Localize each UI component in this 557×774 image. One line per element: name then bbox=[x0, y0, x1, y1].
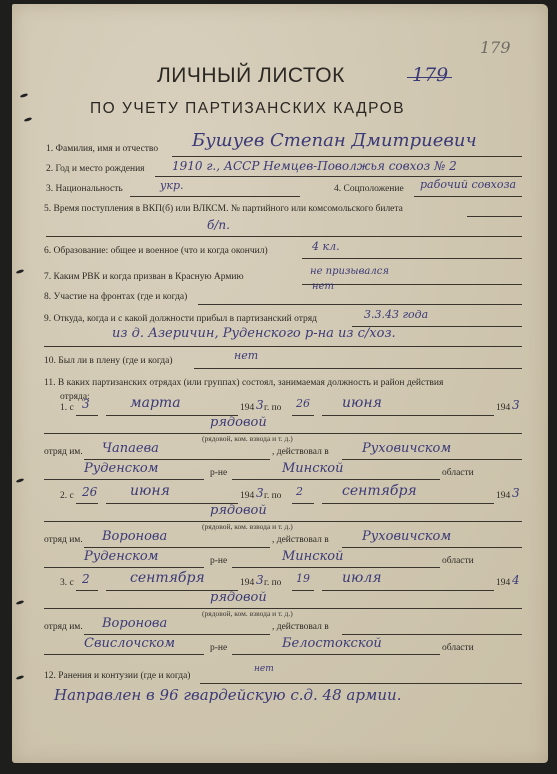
field-2-label: 2. Год и место рождения bbox=[46, 164, 145, 174]
otryad-name[interactable]: Чапаева bbox=[102, 441, 159, 456]
oblast[interactable]: Минской bbox=[282, 461, 344, 476]
field-line bbox=[467, 216, 522, 217]
field-7-value[interactable]: не призывался bbox=[310, 266, 389, 277]
field-5-label: 5. Время поступления в ВКП(б) или ВЛКСМ.… bbox=[44, 204, 403, 214]
from-year-prefix: 194 bbox=[240, 491, 254, 501]
otryad-label: отряд им. bbox=[44, 535, 83, 545]
rayon[interactable]: Руденском bbox=[84, 461, 158, 476]
to-year-digit[interactable]: 3 bbox=[512, 398, 520, 412]
field-line bbox=[46, 236, 522, 237]
from-year-digit[interactable]: 3 bbox=[256, 486, 264, 500]
from-day[interactable]: 2 bbox=[82, 572, 90, 586]
field-9-label: 9. Откуда, когда и с какой должности при… bbox=[44, 314, 317, 324]
from-year-prefix: 194 bbox=[240, 403, 254, 413]
field-10-label: 10. Был ли в плену (где и когда) bbox=[44, 356, 173, 366]
otryad-name[interactable]: Воронова bbox=[102, 529, 167, 544]
field-10-value[interactable]: нет bbox=[234, 349, 258, 362]
otryad-label: отряд им. bbox=[44, 447, 83, 457]
field-line bbox=[194, 368, 522, 369]
binding-mark bbox=[16, 478, 25, 483]
field-9-value-2[interactable]: из д. Азеричин, Руденского р-на из с/хоз… bbox=[112, 326, 396, 341]
to-year-prefix: 194 bbox=[496, 491, 510, 501]
position[interactable]: рядовой bbox=[210, 415, 267, 430]
to-day[interactable]: 19 bbox=[296, 572, 310, 585]
field-line bbox=[302, 258, 522, 259]
from-day[interactable]: 3 bbox=[82, 397, 90, 411]
binding-mark bbox=[16, 600, 25, 605]
district[interactable]: Руховичском bbox=[362, 529, 451, 544]
from-month[interactable]: сентября bbox=[130, 570, 205, 586]
field-line bbox=[200, 683, 522, 684]
document-page: 179 ЛИЧНЫЙ ЛИСТОК 179 ПО УЧЕТУ ПАРТИЗАНС… bbox=[12, 4, 548, 763]
g-po-label: г. по bbox=[264, 578, 281, 588]
field-1-value[interactable]: Бушуев Степан Дмитриевич bbox=[192, 130, 477, 151]
position-hint: (рядовой, ком. взвода и т. д.) bbox=[202, 609, 293, 618]
to-month[interactable]: сентября bbox=[342, 483, 417, 499]
field-1-label: 1. Фамилия, имя и отчество bbox=[46, 144, 158, 154]
field-11-label: 11. В каких партизанских отрядах (или гр… bbox=[44, 378, 443, 388]
field-12-value[interactable]: нет bbox=[254, 664, 274, 674]
from-year-prefix: 194 bbox=[240, 578, 254, 588]
field-8-value[interactable]: нет bbox=[312, 281, 334, 292]
oblast[interactable]: Минской bbox=[282, 549, 344, 564]
position[interactable]: рядовой bbox=[210, 503, 267, 518]
field-line bbox=[155, 176, 522, 177]
position-hint: (рядовой, ком. взвода и т. д.) bbox=[202, 522, 293, 531]
to-month[interactable]: июня bbox=[342, 395, 382, 411]
field-12-label: 12. Ранения и контузии (где и когда) bbox=[44, 671, 190, 681]
from-day[interactable]: 26 bbox=[82, 485, 97, 499]
field-7-label: 7. Каким РВК и когда призван в Красную А… bbox=[44, 272, 244, 282]
field-4-label: 4. Соцположение bbox=[334, 184, 404, 194]
rne-label: р-не bbox=[210, 556, 227, 566]
from-month[interactable]: июня bbox=[130, 483, 170, 499]
field-4-value[interactable]: рабочий совхоза bbox=[420, 178, 516, 191]
deystvoval-label: , действовал в bbox=[272, 535, 329, 545]
oblasti-label: области bbox=[442, 643, 474, 653]
rne-label: р-не bbox=[210, 643, 227, 653]
field-9-value-1[interactable]: 3.3.43 года bbox=[364, 308, 428, 321]
oblasti-label: области bbox=[442, 556, 474, 566]
from-year-digit[interactable]: 3 bbox=[256, 398, 264, 412]
document-title: ЛИЧНЫЙ ЛИСТОК bbox=[157, 64, 345, 88]
field-line bbox=[44, 346, 522, 347]
binding-mark bbox=[16, 269, 25, 274]
binding-mark bbox=[20, 93, 29, 98]
to-month[interactable]: июля bbox=[342, 570, 382, 586]
otryad-name[interactable]: Воронова bbox=[102, 616, 167, 631]
to-day[interactable]: 2 bbox=[296, 485, 303, 498]
field-3-value[interactable]: укр. bbox=[160, 179, 184, 192]
document-subtitle: ПО УЧЕТУ ПАРТИЗАНСКИХ КАДРОВ bbox=[90, 100, 405, 118]
g-po-label: г. по bbox=[264, 403, 281, 413]
to-year-digit[interactable]: 3 bbox=[512, 486, 520, 500]
field-8-label: 8. Участие на фронтах (где и когда) bbox=[44, 292, 187, 302]
deystvoval-label: , действовал в bbox=[272, 622, 329, 632]
handwritten-note[interactable]: Направлен в 96 гвардейскую с.д. 48 армии… bbox=[54, 686, 401, 704]
title-number: 179 bbox=[412, 64, 448, 86]
archive-number: 179 bbox=[480, 38, 511, 57]
field-line bbox=[172, 156, 522, 157]
field-3-label: 3. Национальность bbox=[46, 184, 123, 194]
to-day[interactable]: 26 bbox=[296, 397, 310, 410]
from-year-digit[interactable]: 3 bbox=[256, 573, 264, 587]
deystvoval-label: , действовал в bbox=[272, 447, 329, 457]
from-month[interactable]: марта bbox=[130, 395, 181, 411]
rne-label: р-не bbox=[210, 468, 227, 478]
to-year-digit[interactable]: 4 bbox=[512, 573, 520, 587]
oblast[interactable]: Белостокской bbox=[282, 636, 382, 651]
entry-number: 1. с bbox=[60, 403, 74, 413]
field-line bbox=[130, 196, 300, 197]
position[interactable]: рядовой bbox=[210, 590, 267, 605]
binding-mark bbox=[16, 675, 25, 680]
entry-number: 3. с bbox=[60, 578, 74, 588]
binding-mark bbox=[24, 117, 33, 122]
field-6-label: 6. Образование: общее и военное (что и к… bbox=[44, 246, 268, 256]
position-hint: (рядовой, ком. взвода и т. д.) bbox=[202, 434, 293, 443]
field-line bbox=[302, 284, 522, 285]
strike-line bbox=[407, 77, 452, 78]
otryad-label: отряд им. bbox=[44, 622, 83, 632]
field-line bbox=[414, 196, 522, 197]
field-2-value[interactable]: 1910 г., АССР Немцев-Поволжья совхоз № 2 bbox=[172, 159, 457, 173]
to-year-prefix: 194 bbox=[496, 403, 510, 413]
field-line bbox=[198, 304, 522, 305]
oblasti-label: области bbox=[442, 468, 474, 478]
field-5-value[interactable]: б/п. bbox=[207, 218, 230, 232]
g-po-label: г. по bbox=[264, 491, 281, 501]
entry-number: 2. с bbox=[60, 491, 74, 501]
rayon[interactable]: Свислочском bbox=[84, 636, 175, 651]
district[interactable]: Руховичском bbox=[362, 441, 451, 456]
field-6-value[interactable]: 4 кл. bbox=[312, 240, 340, 253]
rayon[interactable]: Руденском bbox=[84, 549, 158, 564]
to-year-prefix: 194 bbox=[496, 578, 510, 588]
